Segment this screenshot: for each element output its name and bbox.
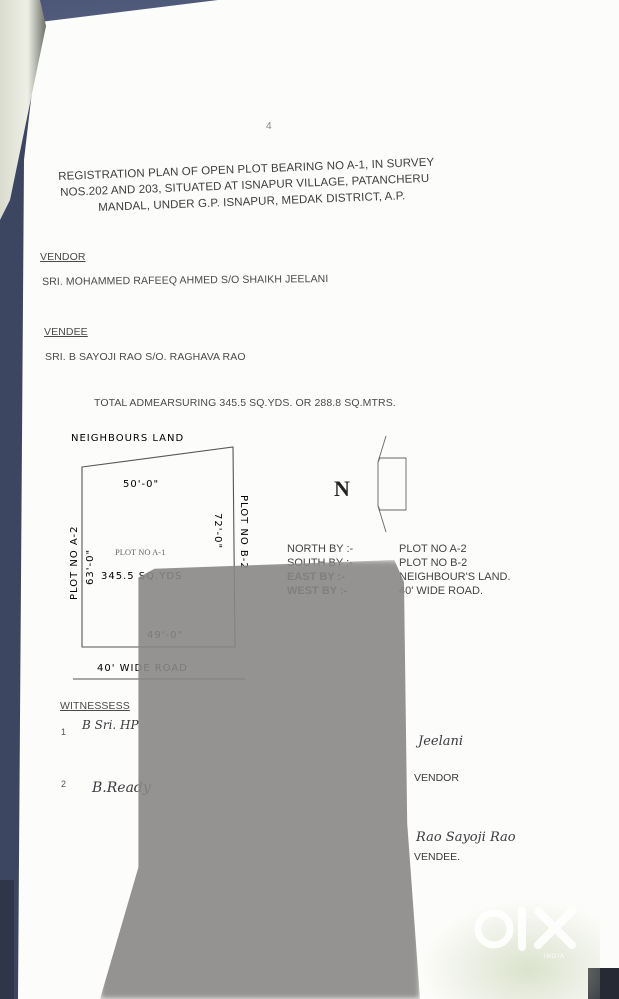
vendor-heading: VENDOR (40, 251, 86, 263)
witness-1-signature: B Sri. HP (82, 718, 139, 732)
boundary-south-value: PLOT NO B-2 (399, 557, 467, 569)
witnesses-heading: WITNESSESS (60, 700, 130, 712)
north-arrow-icon (376, 436, 416, 536)
vendee-name: SRI. B SAYOJI RAO S/O. RAGHAVA RAO (45, 351, 246, 363)
svg-text:INDIA: INDIA (544, 954, 565, 959)
vendee-signature: Rao Sayoji Rao (416, 830, 516, 845)
boundary-north-label: NORTH BY :- (287, 543, 353, 555)
boundary-west-value: 40' WIDE ROAD. (399, 585, 483, 597)
plot-name: PLOT NO A-1 (115, 547, 165, 557)
vendee-heading: VENDEE (44, 326, 88, 338)
top-boundary-label: NEIGHBOURS LAND (71, 433, 184, 444)
background-edge (0, 880, 14, 999)
top-dimension: 50'-0" (123, 479, 159, 490)
right-dimension: 72'-0" (212, 513, 223, 549)
right-plot-label: PLOT NO B-2 (238, 495, 249, 570)
vendor-signature: Jeelani (418, 734, 463, 749)
compass-label: N (334, 476, 350, 502)
total-area: TOTAL ADMEARSURING 345.5 SQ.YDS. OR 288.… (94, 397, 396, 409)
vendor-signature-label: VENDOR (414, 772, 459, 784)
olx-watermark-icon: INDIA (472, 905, 584, 959)
boundary-north-value: PLOT NO A-2 (399, 543, 467, 555)
witness-2-number: 2 (61, 779, 66, 789)
page-number: 4 (266, 121, 272, 132)
vendee-signature-label: VENDEE. (414, 851, 460, 863)
hand-shadow (100, 560, 420, 999)
boundary-east-value: NEIGHBOUR'S LAND. (399, 571, 511, 583)
left-plot-label: PLOT NO A-2 (69, 525, 80, 600)
witness-1-number: 1 (61, 727, 66, 737)
left-dimension: 63'-0" (85, 549, 96, 585)
